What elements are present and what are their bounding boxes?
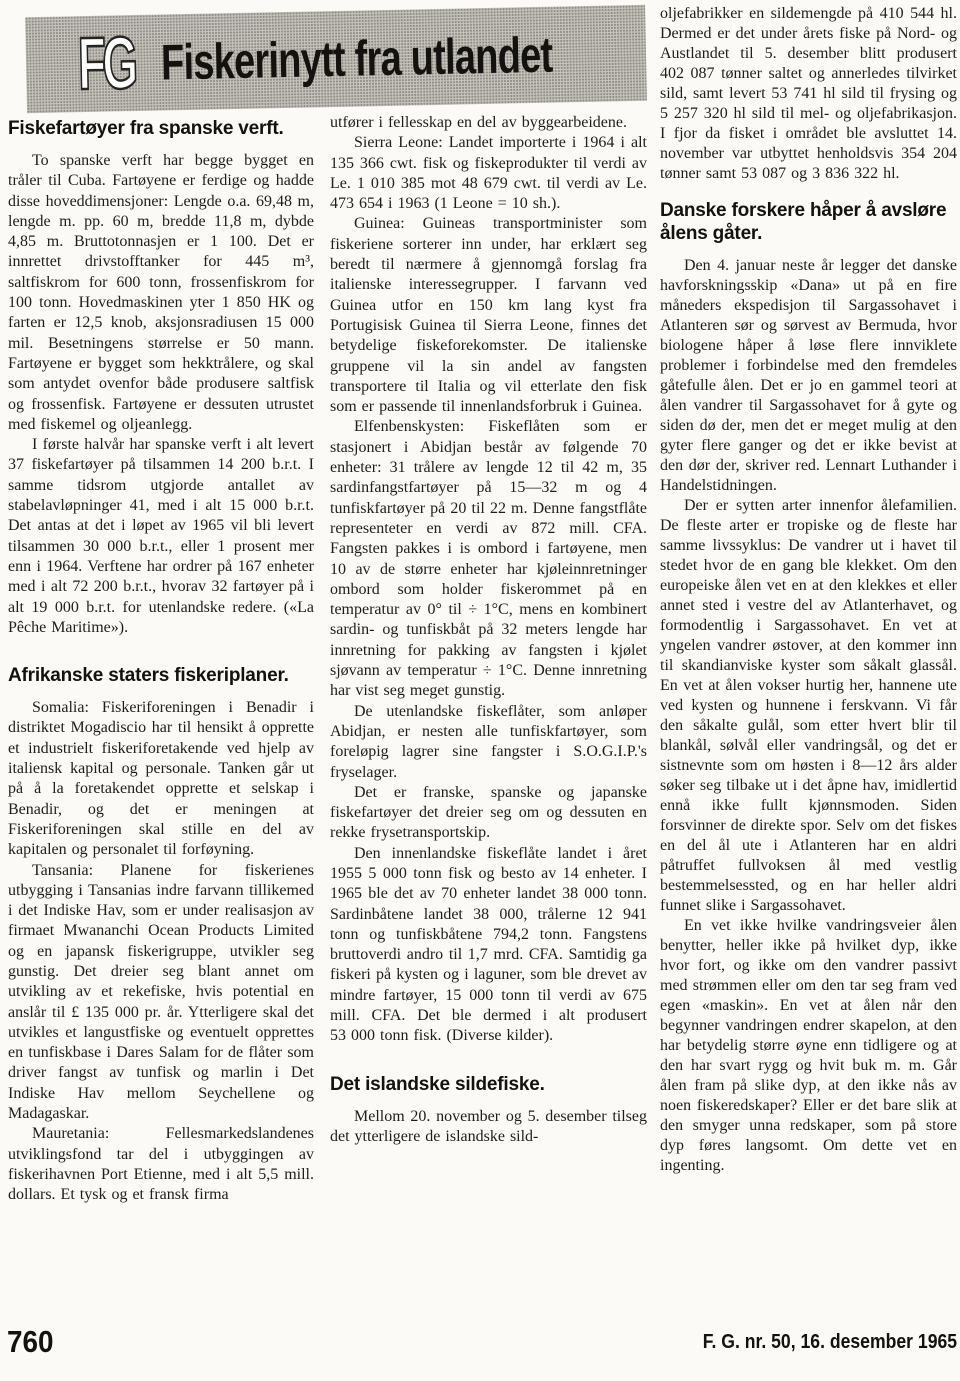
footer-issue-line: F. G. nr. 50, 16. desember 1965 (703, 1331, 957, 1354)
article-heading: Afrikanske staters fiskeriplaner. (8, 664, 314, 687)
header-banner: FG Fiskerinytt fra utlandet (25, 5, 647, 113)
paragraph: Der er sytten arter innenfor ålefamilien… (660, 496, 957, 916)
article-heading: Fiskefartøyer fra spanske verft. (8, 117, 314, 140)
paragraph: Den innenlandske fiskeflåte landet i åre… (330, 844, 647, 1047)
paragraph: En vet ikke hvilke vandringsveier ålen b… (660, 916, 957, 1176)
paragraph: oljefabrikker en sildemengde på 410 544 … (660, 4, 957, 184)
paragraph: De utenlandske fiskeflåter, som anløper … (330, 702, 647, 783)
paragraph: utfører i fellesskap en del av byggearbe… (330, 113, 647, 133)
paragraph: Den 4. januar neste år legger det danske… (660, 256, 957, 496)
paragraph: Det er franske, spanske og japanske fisk… (330, 783, 647, 844)
article-heading: Danske forskere håper å avsløre ålens gå… (660, 199, 957, 245)
paragraph: Mellom 20. november og 5. desember tilse… (330, 1107, 647, 1148)
banner-title: Fiskerinytt fra utlandet (160, 30, 552, 88)
column-3: oljefabrikker en sildemengde på 410 544 … (660, 4, 957, 1176)
column-1: Fiskefartøyer fra spanske verft.To spans… (8, 117, 314, 1206)
fg-logo: FG (77, 26, 135, 101)
paragraph: To spanske verft har begge bygget en trå… (8, 151, 314, 435)
paragraph: Mauretania: Fellesmarkedslandenes utvikl… (8, 1124, 314, 1205)
article-heading: Det islandske sildefiske. (330, 1073, 647, 1096)
paragraph: I første halvår har spanske verft i alt … (8, 435, 314, 638)
paragraph: Elfenbenskysten: Fiskeflåten som er stas… (330, 417, 647, 701)
page-number: 760 (7, 1324, 54, 1360)
paragraph: Guinea: Guineas transportminister som fi… (330, 214, 647, 417)
paragraph: Sierra Leone: Landet importerte i 1964 i… (330, 133, 647, 214)
column-2: utfører i fellesskap en del av byggearbe… (330, 113, 647, 1147)
paragraph: Somalia: Fiskeriforeningen i Benadir i d… (8, 698, 314, 860)
paragraph: Tansania: Planene for fiskerienes utbygg… (8, 861, 314, 1125)
magazine-page: FG Fiskerinytt fra utlandet Fiskefartøye… (0, 0, 960, 1381)
